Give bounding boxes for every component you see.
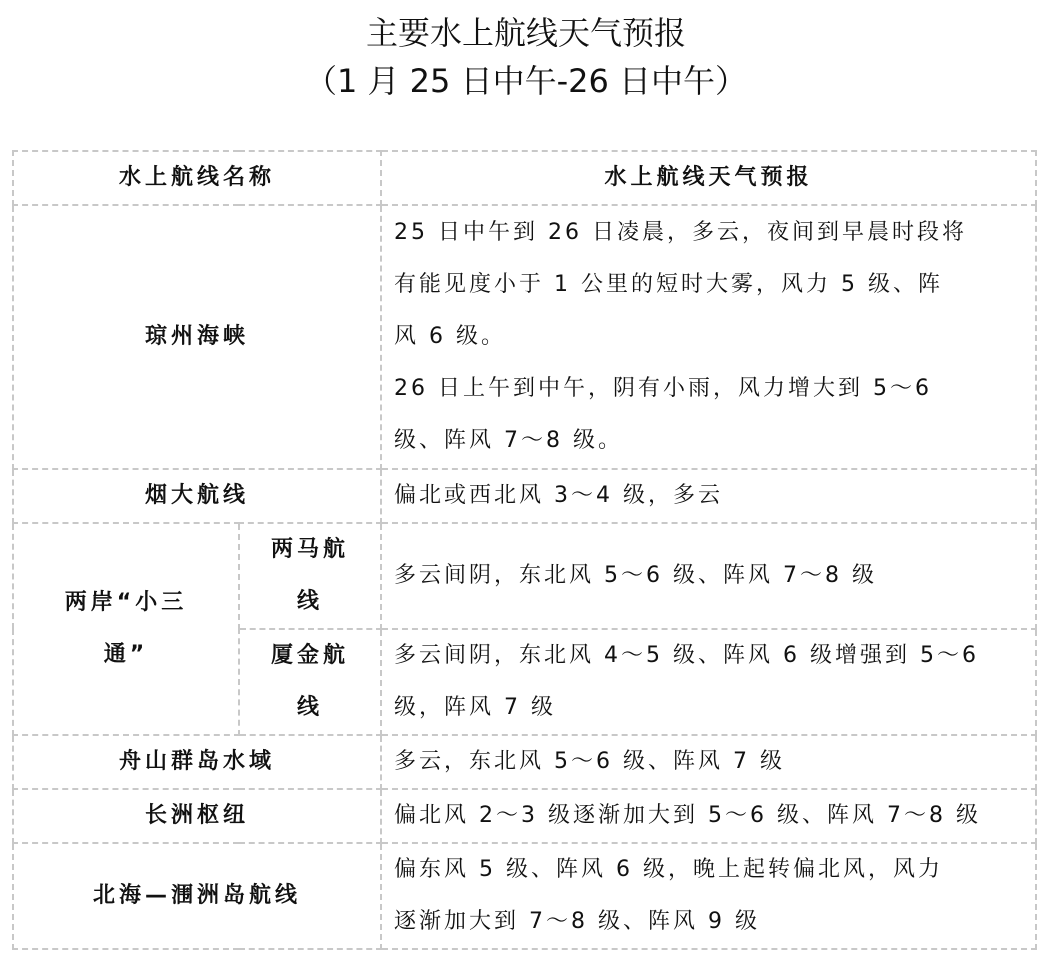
subname-line: 厦金航 — [240, 630, 380, 682]
subname-line: 线 — [240, 682, 380, 734]
route-name-cell: 长洲枢纽 — [13, 789, 381, 843]
forecast-cell: 多云，东北风 5～6 级、阵风 7 级 — [381, 735, 1036, 789]
route-subname-cell: 两马航 线 — [239, 523, 381, 629]
forecast-cell: 偏东风 5 级、阵风 6 级，晚上起转偏北风，风力 逐渐加大到 7～8 级、阵风… — [381, 843, 1036, 949]
forecast-line: 有能见度小于 1 公里的短时大雾，风力 5 级、阵 — [394, 259, 1027, 311]
subname-line: 两马航 — [240, 524, 380, 576]
forecast-line: 26 日上午到中午，阴有小雨，风力增大到 5～6 — [394, 363, 1027, 415]
forecast-line: 偏北风 2～3 级逐渐加大到 5～6 级、阵风 7～8 级 — [394, 790, 1027, 842]
forecast-line: 多云间阴，东北风 5～6 级、阵风 7～8 级 — [394, 550, 1027, 602]
forecast-line: 多云，东北风 5～6 级、阵风 7 级 — [394, 736, 1027, 788]
route-name-cell: 北海—涠洲岛航线 — [13, 843, 381, 949]
group-name-line: 两岸“小三 — [14, 577, 238, 629]
forecast-cell: 多云间阴，东北风 4～5 级、阵风 6 级增强到 5～6 级，阵风 7 级 — [381, 629, 1036, 735]
forecast-cell: 偏北或西北风 3～4 级，多云 — [381, 469, 1036, 523]
group-name-line: 通” — [14, 629, 238, 681]
route-name-cell: 琼州海峡 — [13, 205, 381, 469]
forecast-line: 级，阵风 7 级 — [394, 682, 1027, 734]
table-row-liangma: 两岸“小三 通” 两马航 线 多云间阴，东北风 5～6 级、阵风 7～8 级 — [13, 523, 1036, 629]
forecast-line: 风 6 级。 — [394, 311, 1027, 363]
subname-line: 线 — [240, 576, 380, 628]
weather-forecast-table: 水上航线名称 水上航线天气预报 琼州海峡 25 日中午到 26 日凌晨，多云，夜… — [12, 150, 1037, 950]
table-row-changzhou: 长洲枢纽 偏北风 2～3 级逐渐加大到 5～6 级、阵风 7～8 级 — [13, 789, 1036, 843]
forecast-cell: 多云间阴，东北风 5～6 级、阵风 7～8 级 — [381, 523, 1036, 629]
route-name-cell: 烟大航线 — [13, 469, 381, 523]
document-subtitle-date-range: （1 月 25 日中午-26 日中午） — [0, 56, 1052, 102]
route-group-name-cell: 两岸“小三 通” — [13, 523, 239, 735]
table-row-yanda: 烟大航线 偏北或西北风 3～4 级，多云 — [13, 469, 1036, 523]
document-title: 主要水上航线天气预报 — [0, 8, 1052, 54]
table-row-qiongzhou: 琼州海峡 25 日中午到 26 日凌晨，多云，夜间到早晨时段将 有能见度小于 1… — [13, 205, 1036, 469]
forecast-line: 偏东风 5 级、阵风 6 级，晚上起转偏北风，风力 — [394, 844, 1027, 896]
forecast-line: 多云间阴，东北风 4～5 级、阵风 6 级增强到 5～6 — [394, 630, 1027, 682]
table-row-zhoushan: 舟山群岛水域 多云，东北风 5～6 级、阵风 7 级 — [13, 735, 1036, 789]
forecast-line: 逐渐加大到 7～8 级、阵风 9 级 — [394, 896, 1027, 948]
forecast-line: 25 日中午到 26 日凌晨，多云，夜间到早晨时段将 — [394, 207, 1027, 259]
table-row-beihai-weizhou: 北海—涠洲岛航线 偏东风 5 级、阵风 6 级，晚上起转偏北风，风力 逐渐加大到… — [13, 843, 1036, 949]
forecast-line: 偏北或西北风 3～4 级，多云 — [394, 470, 1027, 522]
forecast-line: 级、阵风 7～8 级。 — [394, 415, 1027, 467]
route-name-cell: 舟山群岛水域 — [13, 735, 381, 789]
table-header-row: 水上航线名称 水上航线天气预报 — [13, 151, 1036, 205]
route-subname-cell: 厦金航 线 — [239, 629, 381, 735]
header-forecast: 水上航线天气预报 — [381, 151, 1036, 205]
forecast-cell: 25 日中午到 26 日凌晨，多云，夜间到早晨时段将 有能见度小于 1 公里的短… — [381, 205, 1036, 469]
header-route-name: 水上航线名称 — [13, 151, 381, 205]
forecast-cell: 偏北风 2～3 级逐渐加大到 5～6 级、阵风 7～8 级 — [381, 789, 1036, 843]
